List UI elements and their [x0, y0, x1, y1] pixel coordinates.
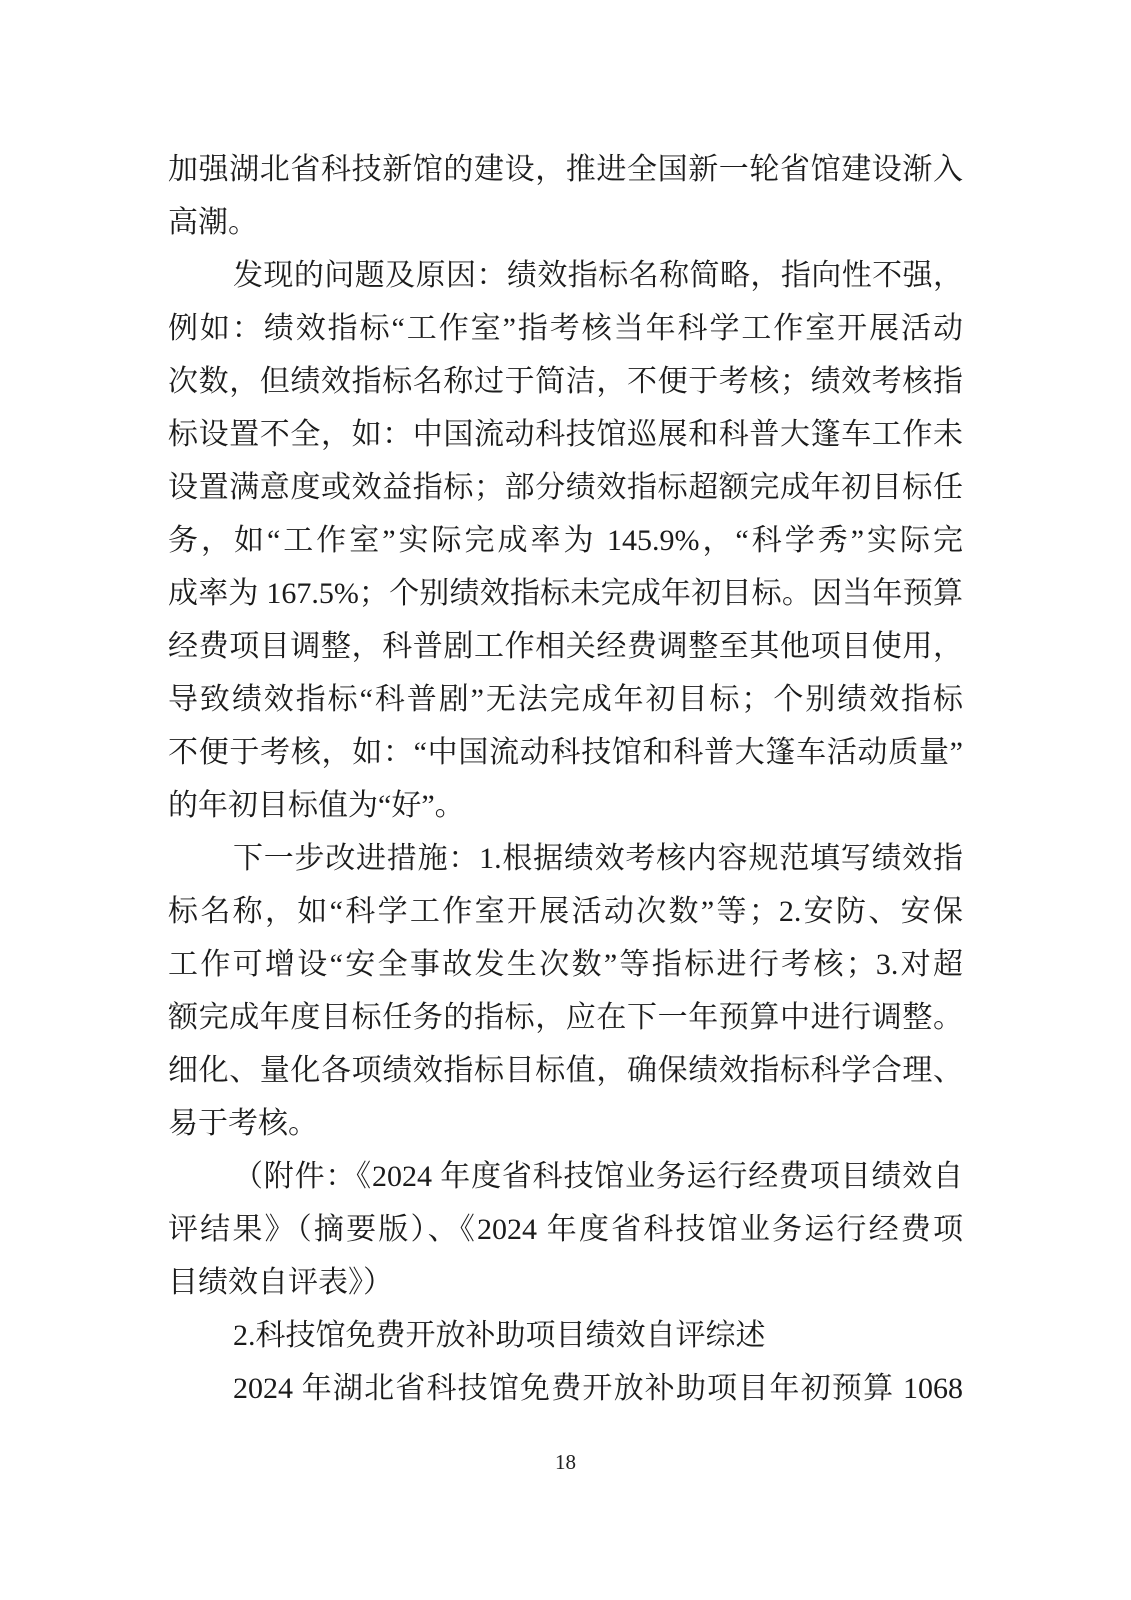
- text-line: 工作可增设“安全事故发生次数”等指标进行考核；3.对超: [168, 938, 963, 991]
- text-line: 加强湖北省科技新馆的建设，推进全国新一轮省馆建设渐入: [168, 143, 963, 196]
- text-line: 次数，但绩效指标名称过于简洁，不便于考核；绩效考核指: [168, 355, 963, 408]
- text-line: 2024 年湖北省科技馆免费开放补助项目年初预算 1068: [168, 1362, 963, 1415]
- text-line: 设置满意度或效益指标；部分绩效指标超额完成年初目标任: [168, 461, 963, 514]
- text-line: 不便于考核，如：“中国流动科技馆和科普大篷车活动质量”: [168, 726, 963, 779]
- text-line: 目绩效自评表》）: [168, 1256, 963, 1309]
- text-line: （附件：《2024 年度省科技馆业务运行经费项目绩效自: [168, 1150, 963, 1203]
- text-line: 标设置不全，如：中国流动科技馆巡展和科普大篷车工作未: [168, 408, 963, 461]
- text-line: 务，如“工作室”实际完成率为 145.9%，“科学秀”实际完: [168, 514, 963, 567]
- text-line: 下一步改进措施：1.根据绩效考核内容规范填写绩效指: [168, 832, 963, 885]
- text-line: 发现的问题及原因：绩效指标名称简略，指向性不强，: [168, 249, 963, 302]
- text-line: 成率为 167.5%；个别绩效指标未完成年初目标。因当年预算: [168, 567, 963, 620]
- text-line: 额完成年度目标任务的指标，应在下一年预算中进行调整。: [168, 991, 963, 1044]
- text-line: 标名称，如“科学工作室开展活动次数”等；2.安防、安保: [168, 885, 963, 938]
- page-number: 18: [0, 1450, 1131, 1475]
- document-body: 加强湖北省科技新馆的建设，推进全国新一轮省馆建设渐入高潮。发现的问题及原因：绩效…: [168, 143, 963, 1415]
- text-line: 细化、量化各项绩效指标目标值，确保绩效指标科学合理、: [168, 1044, 963, 1097]
- text-line: 2.科技馆免费开放补助项目绩效自评综述: [168, 1309, 963, 1362]
- text-line: 经费项目调整，科普剧工作相关经费调整至其他项目使用，: [168, 620, 963, 673]
- text-line: 高潮。: [168, 196, 963, 249]
- text-line: 例如：绩效指标“工作室”指考核当年科学工作室开展活动: [168, 302, 963, 355]
- text-line: 评结果》（摘要版）、《2024 年度省科技馆业务运行经费项: [168, 1203, 963, 1256]
- text-line: 的年初目标值为“好”。: [168, 779, 963, 832]
- text-line: 易于考核。: [168, 1097, 963, 1150]
- document-page: 加强湖北省科技新馆的建设，推进全国新一轮省馆建设渐入高潮。发现的问题及原因：绩效…: [0, 0, 1131, 1600]
- text-line: 导致绩效指标“科普剧”无法完成年初目标；个别绩效指标: [168, 673, 963, 726]
